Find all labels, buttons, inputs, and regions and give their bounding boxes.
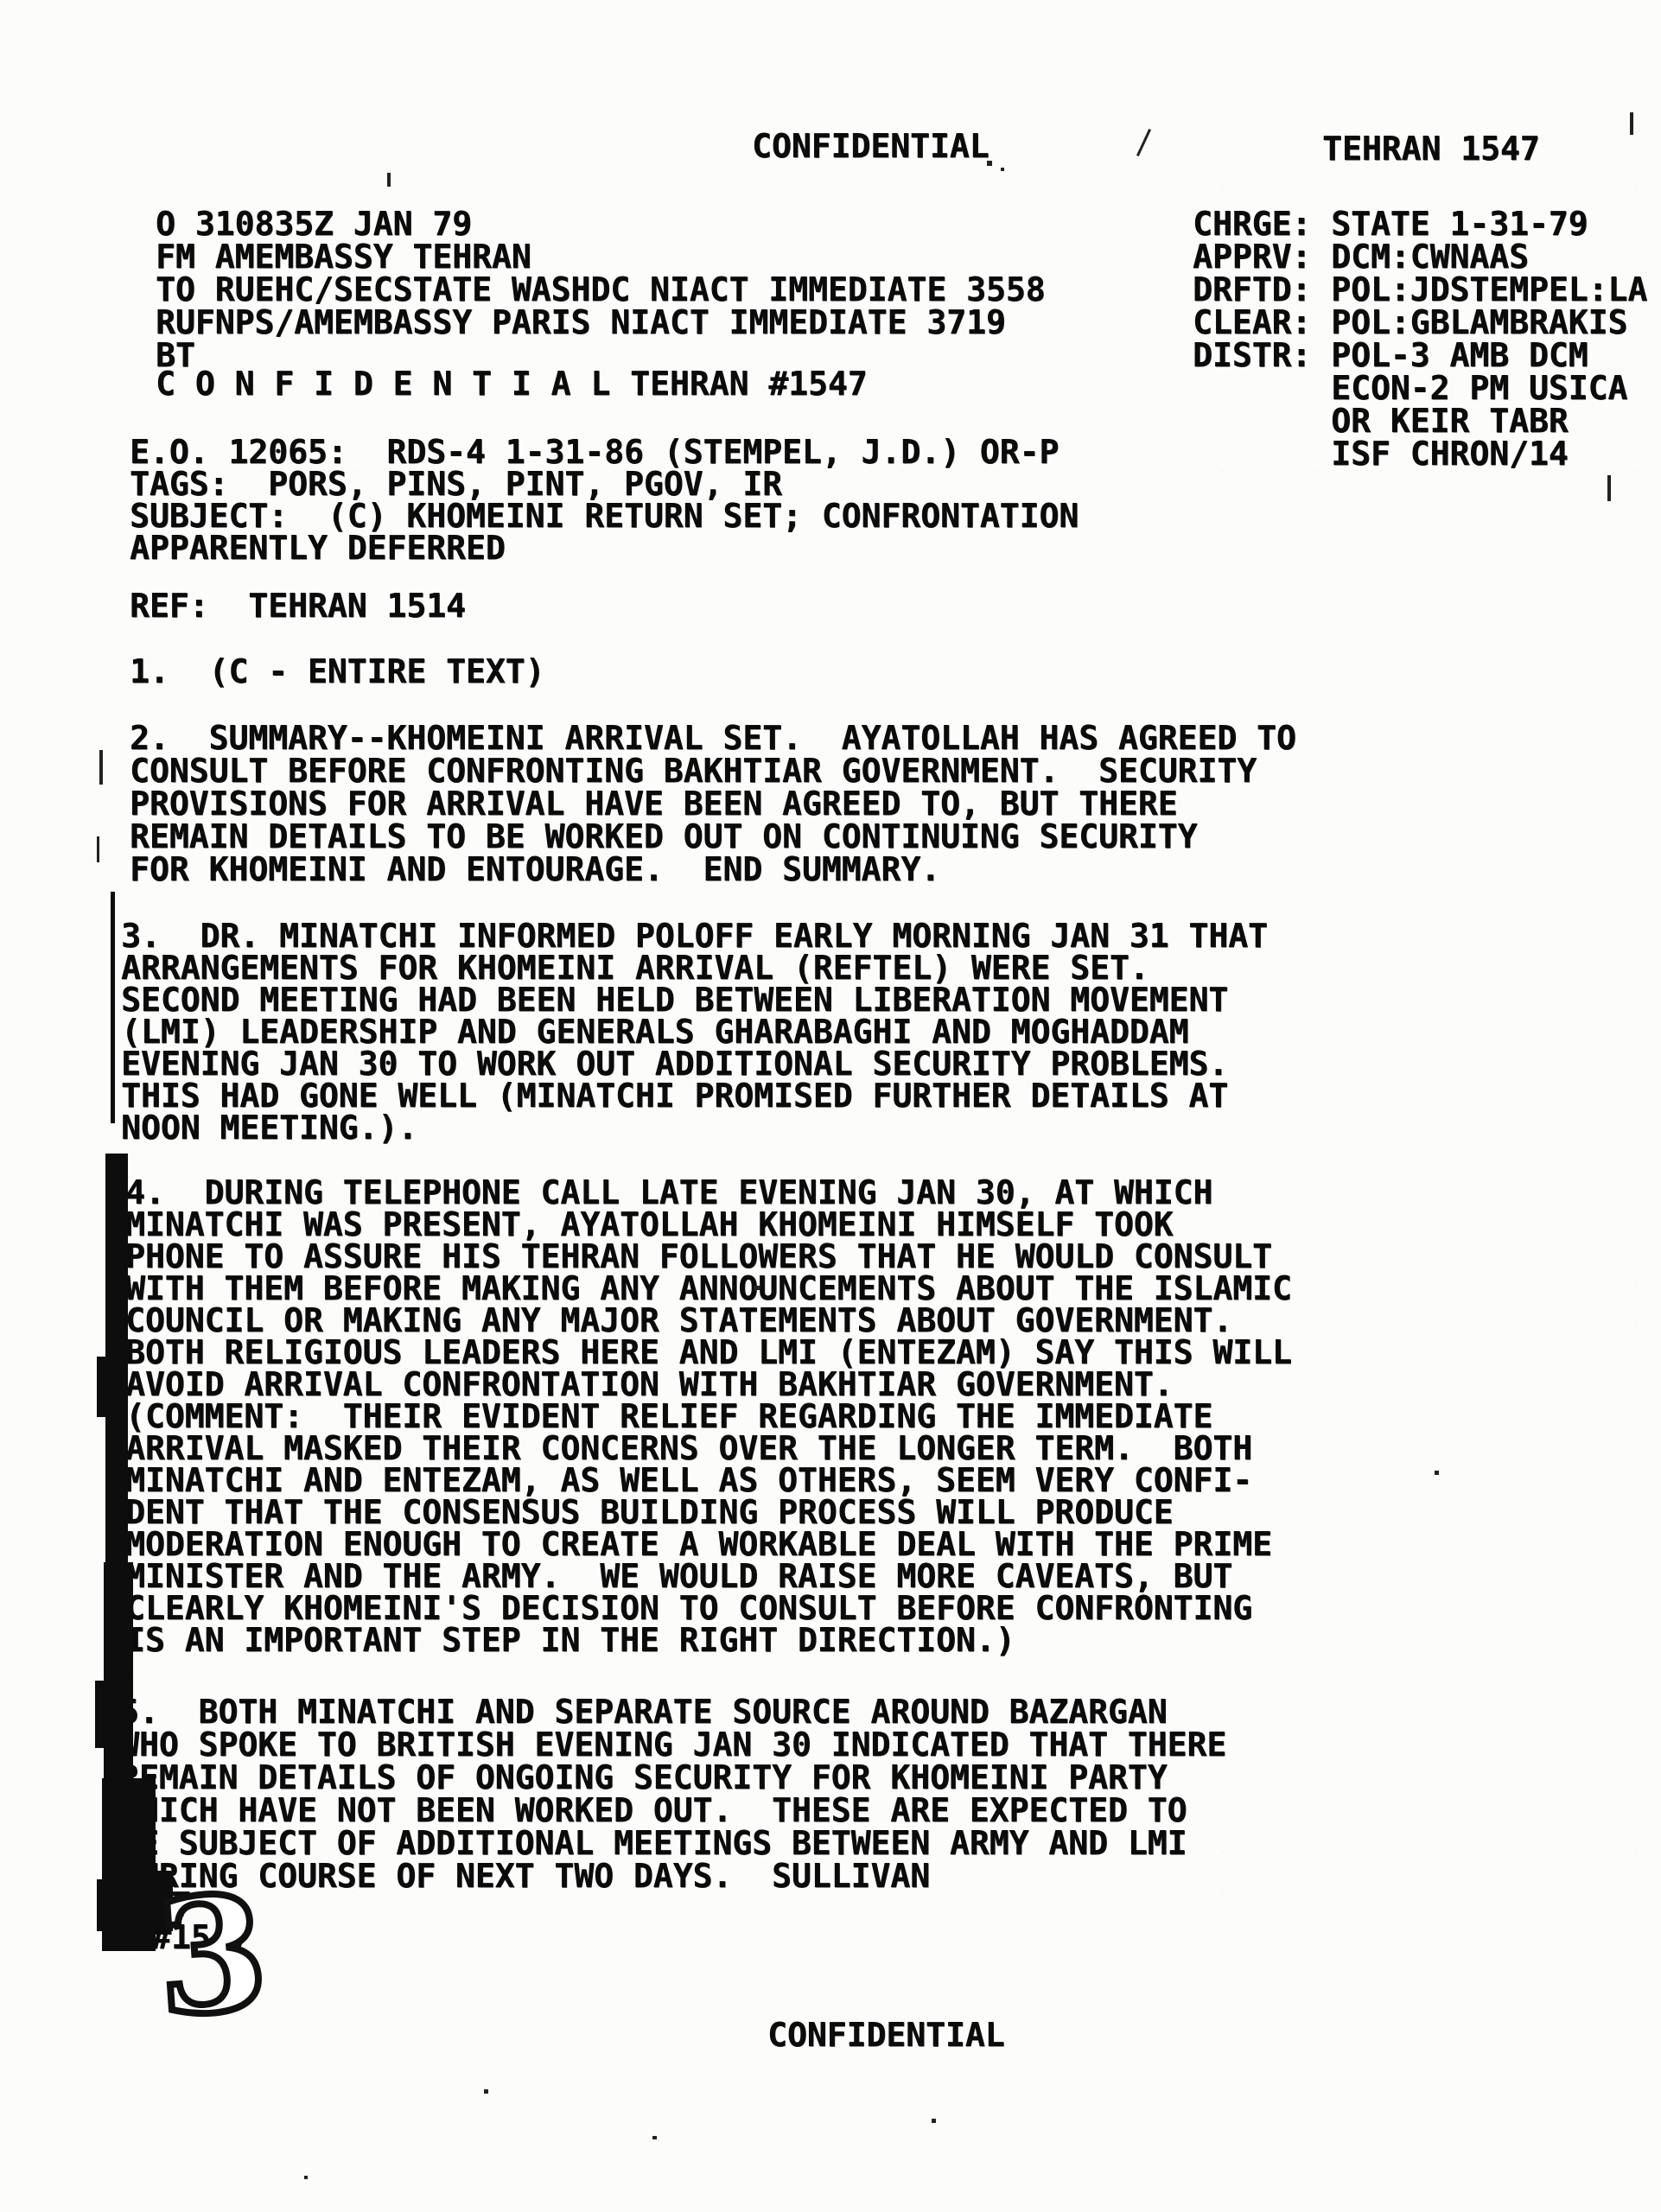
preamble-block: E.O. 12065: RDS-4 1-31-86 (STEMPEL, J.D.… xyxy=(130,436,1079,564)
scan-ink-bump xyxy=(97,1879,116,1931)
classification-footer: CONFIDENTIAL xyxy=(767,2018,1005,2051)
scan-speck xyxy=(932,2119,936,2123)
ref-line: REF: TEHRAN 1514 xyxy=(130,589,466,622)
scan-speck xyxy=(387,173,391,187)
scan-speck xyxy=(304,2176,308,2179)
paragraph-4: 4. DURING TELEPHONE CALL LATE EVENING JA… xyxy=(125,1177,1292,1656)
scan-ink-bump xyxy=(95,1681,111,1748)
scan-speck xyxy=(987,161,992,166)
page-number-stamp: 3 xyxy=(152,1870,273,2041)
scan-speck xyxy=(1001,168,1004,171)
routing-block: O 310835Z JAN 79 FM AMEMBASSY TEHRAN TO … xyxy=(156,207,1046,372)
admin-block: CHRGE: STATE 1-31-79 APPRV: DCM:CWNAAS D… xyxy=(1193,207,1647,470)
scan-speck xyxy=(1630,112,1633,135)
scan-speck xyxy=(97,836,99,862)
paragraph-5: 5. BOTH MINATCHI AND SEPARATE SOURCE ARO… xyxy=(119,1695,1226,1892)
paragraph-3: 3. DR. MINATCHI INFORMED POLOFF EARLY MO… xyxy=(121,920,1268,1144)
paragraph-2: 2. SUMMARY--KHOMEINI ARRIVAL SET. AYATOL… xyxy=(130,721,1296,886)
classification-header: CONFIDENTIAL xyxy=(752,130,990,162)
scan-speck xyxy=(99,750,103,785)
scan-speck xyxy=(1136,129,1151,156)
cable-id-header: TEHRAN 1547 xyxy=(1322,132,1540,165)
paragraph-1: 1. (C - ENTIRE TEXT) xyxy=(130,655,544,688)
scan-ink-line xyxy=(111,892,115,1123)
classification-line: C O N F I D E N T I A L TEHRAN #1547 xyxy=(156,367,868,400)
scan-speck xyxy=(484,2089,488,2094)
scan-speck xyxy=(652,2136,657,2139)
scan-ink-bump xyxy=(97,1357,111,1417)
scan-speck xyxy=(1607,475,1611,501)
cable-document-page: CONFIDENTIAL TEHRAN 1547 O 310835Z JAN 7… xyxy=(0,0,1661,2212)
scan-speck xyxy=(754,1286,760,1290)
scan-speck xyxy=(1435,1471,1439,1475)
